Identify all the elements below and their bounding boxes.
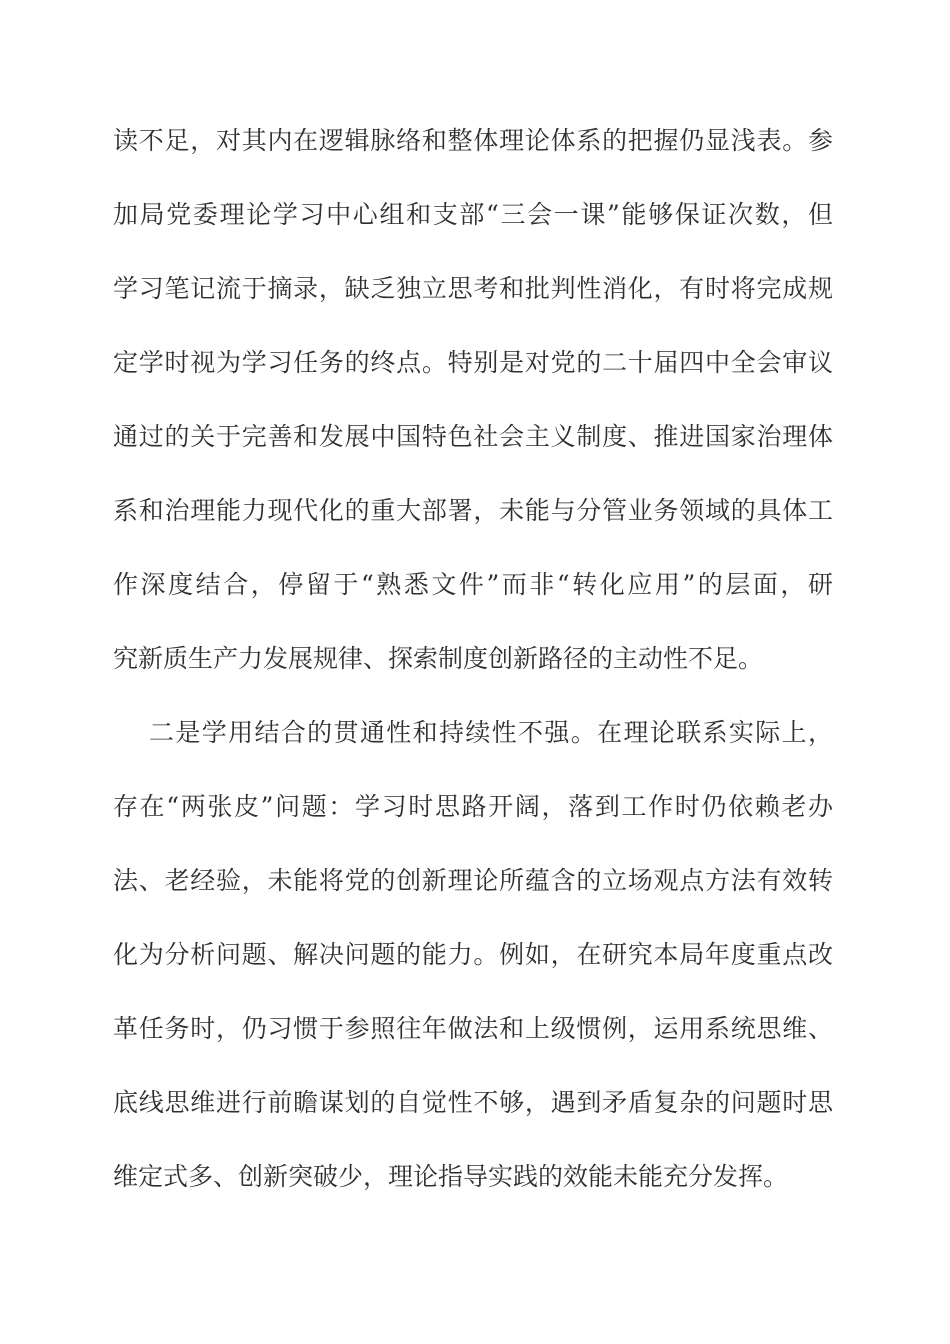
text-line: 存在“两张皮”问题：学习时思路开阔，落到工作时仍依赖老办 [113, 770, 833, 844]
text-line-paragraph-end: 维定式多、创新突破少，理论指导实践的效能未能充分发挥。 [113, 1140, 833, 1214]
document-page: 读不足，对其内在逻辑脉络和整体理论体系的把握仍显浅表。参 加局党委理论学习中心组… [0, 0, 950, 1344]
text-line: 定学时视为学习任务的终点。特别是对党的二十届四中全会审议 [113, 326, 833, 400]
text-line: 革任务时，仍习惯于参照往年做法和上级惯例，运用系统思维、 [113, 992, 833, 1066]
text-line: 化为分析问题、解决问题的能力。例如，在研究本局年度重点改 [113, 918, 833, 992]
document-text-block: 读不足，对其内在逻辑脉络和整体理论体系的把握仍显浅表。参 加局党委理论学习中心组… [113, 104, 833, 1214]
text-line: 读不足，对其内在逻辑脉络和整体理论体系的把握仍显浅表。参 [113, 104, 833, 178]
text-line: 底线思维进行前瞻谋划的自觉性不够，遇到矛盾复杂的问题时思 [113, 1066, 833, 1140]
text-line: 加局党委理论学习中心组和支部“三会一课”能够保证次数，但 [113, 178, 833, 252]
text-line: 作深度结合，停留于“熟悉文件”而非“转化应用”的层面，研 [113, 548, 833, 622]
text-line: 系和治理能力现代化的重大部署，未能与分管业务领域的具体工 [113, 474, 833, 548]
text-line-paragraph-start: 二是学用结合的贯通性和持续性不强。在理论联系实际上， [113, 696, 833, 770]
text-line: 学习笔记流于摘录，缺乏独立思考和批判性消化，有时将完成规 [113, 252, 833, 326]
text-line: 通过的关于完善和发展中国特色社会主义制度、推进国家治理体 [113, 400, 833, 474]
text-line-paragraph-end: 究新质生产力发展规律、探索制度创新路径的主动性不足。 [113, 622, 833, 696]
text-line: 法、老经验，未能将党的创新理论所蕴含的立场观点方法有效转 [113, 844, 833, 918]
